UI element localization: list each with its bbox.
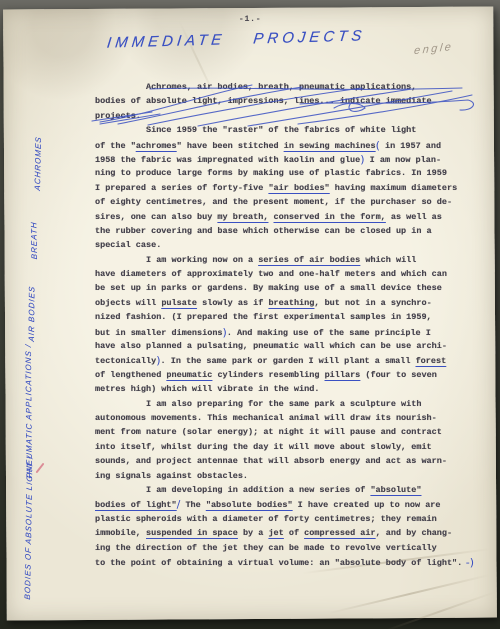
- typed-segment: 1958 the fabric was impregnated with kao…: [95, 155, 360, 165]
- typed-line: sounds, and project antennae that will a…: [95, 454, 475, 468]
- underlined-phrase: bodies of light": [95, 500, 177, 510]
- underlined-phrase: jet: [268, 528, 283, 538]
- typed-line: autonomous movements. This mechanical an…: [95, 411, 475, 425]
- typed-segment: have also planned a pulsating, pneumatic…: [95, 341, 447, 351]
- typed-text: Achromes, air bodies, breath, pneumatic …: [95, 80, 475, 569]
- typed-line: ing the direction of the jet they can be…: [95, 541, 475, 555]
- typed-segment: Since 1959 the "raster" of the fabrics o…: [95, 125, 416, 135]
- typed-segment: " have been stitched: [177, 141, 284, 151]
- typed-segment: autonomous movements. This mechanical an…: [95, 413, 437, 423]
- underlined-phrase: "absolute bodies": [206, 500, 293, 510]
- typed-segment: of: [284, 528, 304, 538]
- typed-segment: by a: [238, 528, 269, 538]
- typed-line: plastic spheroids with a diameter of for…: [95, 512, 475, 526]
- typed-line: bodies of light"/ The "absolute bodies" …: [95, 497, 475, 511]
- typed-segment: slowly as if: [197, 298, 268, 308]
- typed-segment: I am now plan-: [365, 155, 442, 165]
- typed-segment: having maximum diameters: [330, 183, 458, 193]
- typed-segment: metres high) which will vibrate in the w…: [95, 384, 319, 394]
- typed-line: of the "achromes" have been stitched in …: [95, 138, 475, 152]
- typed-segment: sounds, and project antennae that will a…: [95, 456, 447, 466]
- typed-segment: as well as: [386, 212, 442, 222]
- typed-line: Since 1959 the "raster" of the fabrics o…: [95, 123, 475, 137]
- typed-line: have also planned a pulsating, pneumatic…: [95, 339, 475, 353]
- typed-segment: ing the direction of the jet they can be…: [95, 543, 437, 553]
- typed-line: metres high) which will vibrate in the w…: [95, 382, 475, 396]
- typed-line-struck: bodies of absolute light, impressions, l…: [95, 94, 475, 108]
- underlined-phrase: pillars: [325, 370, 361, 380]
- typed-segment: projects.: [95, 111, 141, 121]
- underlined-phrase: pneumatic: [166, 370, 212, 380]
- page-number: -1.-: [230, 14, 270, 24]
- typed-line: of lengthened pneumatic cylinders resemb…: [95, 368, 475, 382]
- typed-segment: cylinders resembling: [212, 370, 324, 380]
- typed-line: I prepared a series of forty-five "air b…: [95, 181, 475, 195]
- underlined-phrase: "air bodies": [268, 183, 329, 193]
- ink-mark: ): [223, 326, 227, 339]
- underlined-phrase: pulsate: [161, 298, 197, 308]
- typed-line: nized fashion. (I prepared the first exp…: [95, 310, 475, 324]
- typed-segment: have diameters of approximately two and …: [95, 269, 447, 279]
- typed-segment: ning to produce large forms by making us…: [95, 168, 447, 178]
- typed-segment: I am developing in addition a new series…: [95, 485, 370, 495]
- typed-line: to the point of obtaining a virtual volu…: [95, 555, 475, 569]
- underlined-phrase: my breath,: [217, 212, 268, 222]
- underlined-phrase: suspended in space: [146, 528, 238, 538]
- underlined-phrase: forest: [416, 356, 447, 366]
- typed-segment: (four to seven: [360, 370, 437, 380]
- typed-segment: , but not in a synchro-: [314, 298, 431, 308]
- underlined-phrase: "absolute": [370, 485, 421, 495]
- typed-segment: of lengthened: [95, 370, 166, 380]
- typed-segment: . In the same park or garden I will plan…: [161, 356, 416, 366]
- typed-segment: nized fashion. (I prepared the first exp…: [95, 312, 432, 322]
- typed-segment: but in smaller dimensions: [95, 328, 223, 338]
- typed-line: special case.: [95, 238, 475, 252]
- typed-segment: bodies of absolute light, impressions, l…: [95, 96, 432, 106]
- typed-line-struck: Achromes, air bodies, breath, pneumatic …: [95, 80, 475, 94]
- typed-line: into itself, whilst during the day it wi…: [95, 440, 475, 454]
- typed-line: I am working now on a series of air bodi…: [95, 253, 475, 267]
- typed-segment: I am also preparing for the same park a …: [95, 399, 421, 409]
- ink-mark: ): [360, 153, 364, 166]
- margin-note: AIR BODIES: [27, 285, 36, 342]
- typed-segment: tectonically: [95, 356, 156, 366]
- underlined-phrase: compressed air: [304, 528, 375, 538]
- typed-line: ning to produce large forms by making us…: [95, 166, 475, 180]
- underlined-phrase: breathing: [268, 298, 314, 308]
- typed-segment: . And making use of the same principle I: [227, 328, 431, 338]
- typed-segment: I have created up to now are: [293, 500, 441, 510]
- typed-segment: objects will: [95, 298, 161, 308]
- typed-segment: into itself, whilst during the day it wi…: [95, 442, 432, 452]
- typed-line: but in smaller dimensions). And making u…: [95, 325, 475, 339]
- typed-line-struck: projects.: [95, 109, 475, 123]
- typed-line: have diameters of approximately two and …: [95, 267, 475, 281]
- typed-segment: I am working now on a: [95, 255, 258, 265]
- typed-segment: which will: [360, 255, 416, 265]
- typed-line: ment from nature (solar energy); at nigh…: [95, 425, 475, 439]
- typed-line: immobile, suspended in space by a jet of…: [95, 526, 475, 540]
- typed-line: 1958 the fabric was impregnated with kao…: [95, 152, 475, 166]
- typed-segment: ment from nature (solar energy); at nigh…: [95, 427, 442, 437]
- typed-segment: Achromes, air bodies, breath, pneumatic …: [95, 82, 416, 92]
- typed-segment: The: [180, 500, 206, 510]
- typed-segment: special case.: [95, 240, 161, 250]
- ink-mark: (: [376, 139, 380, 152]
- typed-line: I am also preparing for the same park a …: [95, 397, 475, 411]
- typed-segment: ing signals against obstacles.: [95, 471, 248, 481]
- typed-line: sires, one can also buy my breath, conse…: [95, 210, 475, 224]
- typed-segment: be set up in parks or gardens. By making…: [95, 283, 442, 293]
- underlined-phrase: series of air bodies: [258, 255, 360, 265]
- underlined-phrase: conserved in the form,: [274, 212, 386, 222]
- underlined-phrase: in sewing machines: [284, 141, 376, 151]
- margin-note: BREATH: [29, 221, 39, 259]
- typed-line: of eighty centimetres, and the present m…: [95, 195, 475, 209]
- typed-segment: , and by chang-: [376, 528, 453, 538]
- typed-segment: sires, one can also buy: [95, 212, 217, 222]
- typed-line: objects will pulsate slowly as if breath…: [95, 296, 475, 310]
- typed-segment: to the point of obtaining a virtual volu…: [95, 558, 462, 568]
- typed-segment: immobile,: [95, 528, 146, 538]
- typed-segment: in 1957 and: [380, 141, 441, 151]
- typed-line: the rubber covering and base which other…: [95, 224, 475, 238]
- typed-line: I am developing in addition a new series…: [95, 483, 475, 497]
- typed-segment: of eighty centimetres, and the present m…: [95, 197, 452, 207]
- ink-mark: -): [462, 556, 474, 569]
- ink-mark: /: [177, 498, 181, 511]
- scanned-document-photo: -1.- IMMEDIATE PROJECTS engle Achromes, …: [0, 0, 500, 629]
- typed-segment: of the ": [95, 141, 136, 151]
- margin-note: ACHROMES: [33, 136, 43, 191]
- typed-segment: plastic spheroids with a diameter of for…: [95, 514, 437, 524]
- paper-crease: [329, 574, 490, 614]
- underlined-phrase: achromes: [136, 141, 177, 151]
- ink-mark: ): [156, 354, 160, 367]
- typed-segment: the rubber covering and base which other…: [95, 226, 432, 236]
- typed-line: tectonically). In the same park or garde…: [95, 353, 475, 367]
- typed-line: be set up in parks or gardens. By making…: [95, 281, 475, 295]
- typed-segment: I prepared a series of forty-five: [95, 183, 268, 193]
- typed-line: ing signals against obstacles.: [95, 469, 475, 483]
